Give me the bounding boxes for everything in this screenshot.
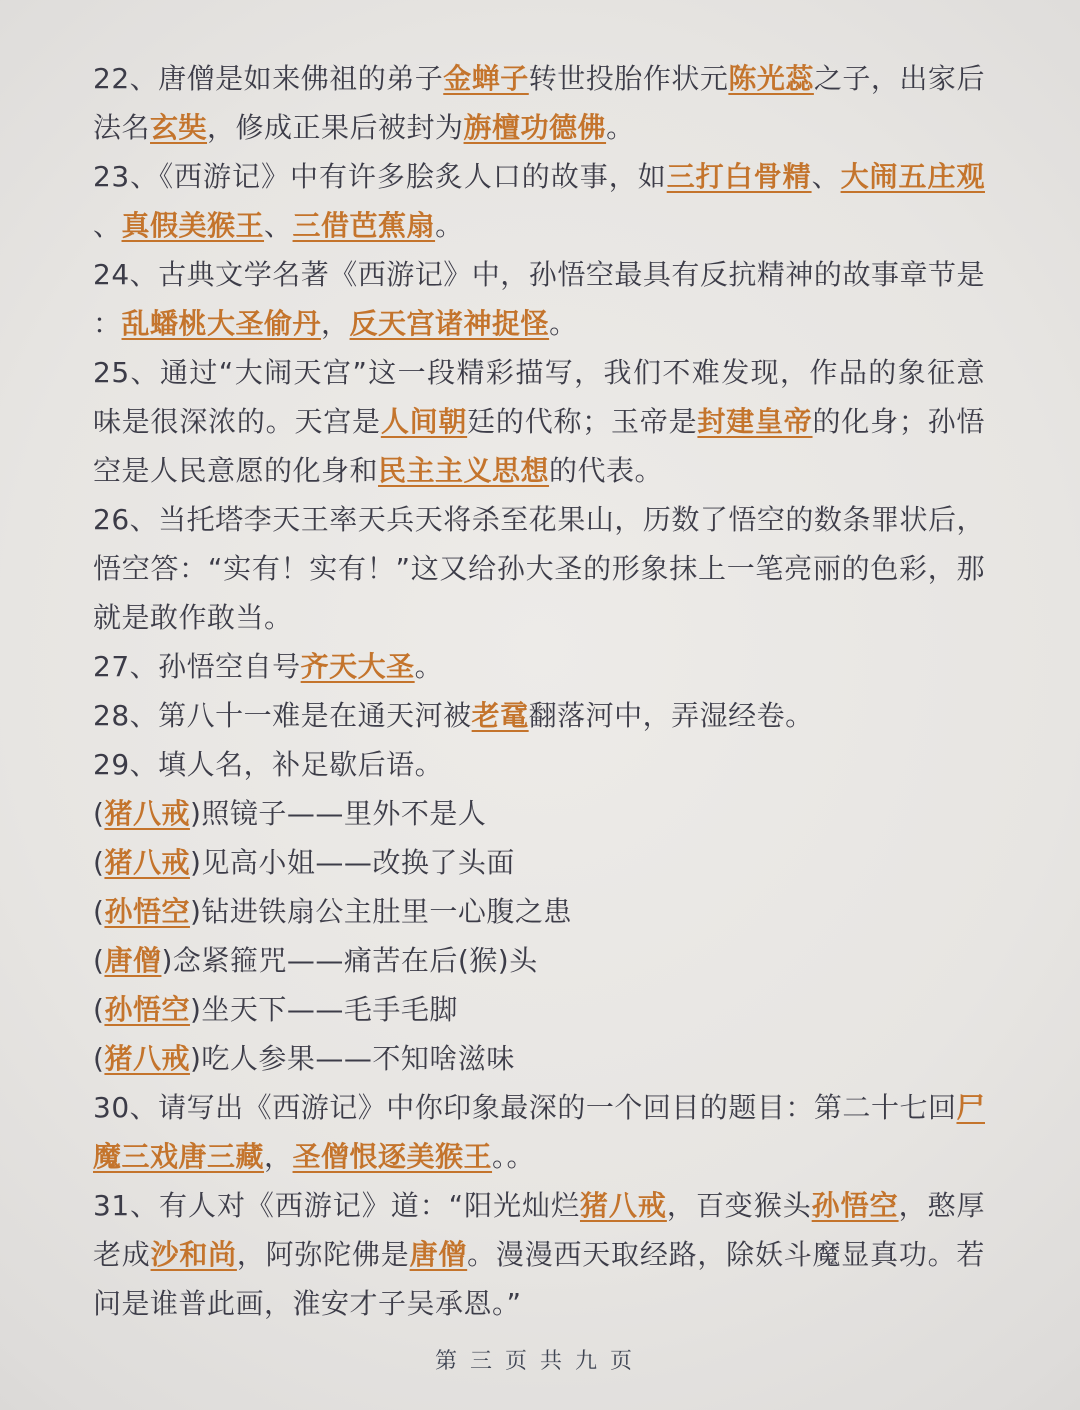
question-text: 翻落河中，弄湿经卷。	[529, 699, 814, 732]
question-paragraph: 24、古典文学名著《西游记》中，孙悟空最具有反抗精神的故事章节是：乱蟠桃大圣偷丹…	[93, 250, 985, 348]
answer-highlight: 金蝉子	[443, 62, 529, 95]
question-text: 。	[435, 209, 464, 242]
question-paragraph: (孙悟空)坐天下——毛手毛脚	[93, 985, 985, 1034]
question-paragraph: 29、填人名，补足歇后语。	[93, 740, 985, 789]
answer-highlight: 猪八戒	[104, 1042, 190, 1075]
question-paragraph: 22、唐僧是如来佛祖的弟子金蝉子转世投胎作状元陈光蕊之子，出家后法名玄奘，修成正…	[93, 54, 985, 152]
question-paragraph: 26、当托塔李天王率天兵天将杀至花果山，历数了悟空的数条罪状后，悟空答：“实有！…	[93, 495, 985, 642]
answer-highlight: 封建皇帝	[697, 405, 812, 438]
answer-highlight: 圣僧恨逐美猴王	[293, 1140, 493, 1173]
question-text: ，	[264, 1140, 293, 1173]
answer-highlight: 反天宫诸神捉怪	[350, 307, 550, 340]
question-text: 29、填人名，补足歇后语。	[93, 748, 443, 781]
question-text: 。	[606, 111, 635, 144]
answer-highlight: 孙悟空	[812, 1189, 899, 1222]
question-text: ，	[321, 307, 350, 340]
answer-highlight: 老鼋	[472, 699, 529, 732]
question-text: )坐天下——毛手毛脚	[190, 993, 458, 1026]
question-paragraph: 30、请写出《西游记》中你印象最深的一个回目的题目：第二十七回尸魔三戏唐三藏，圣…	[93, 1083, 985, 1181]
answer-highlight: 唐僧	[104, 944, 161, 977]
question-text: )照镜子——里外不是人	[190, 797, 486, 830]
page-number: 第三页共九页	[0, 1344, 1080, 1375]
question-paragraph: 28、第八十一难是在通天河被老鼋翻落河中，弄湿经卷。	[93, 691, 985, 740]
question-text: 。。	[492, 1140, 535, 1173]
answer-highlight: 猪八戒	[580, 1189, 667, 1222]
question-list: 22、唐僧是如来佛祖的弟子金蝉子转世投胎作状元陈光蕊之子，出家后法名玄奘，修成正…	[93, 54, 985, 1328]
answer-highlight: 孙悟空	[104, 895, 190, 928]
question-text: )见高小姐——改换了头面	[190, 846, 515, 879]
question-text: 、	[264, 209, 293, 242]
question-text: 28、第八十一难是在通天河被	[93, 699, 472, 732]
answer-highlight: 三借芭蕉扇	[293, 209, 436, 242]
question-text: )吃人参果——不知啥滋味	[190, 1042, 515, 1075]
question-text: (	[93, 944, 104, 977]
question-text: 廷的代称；玉帝是	[467, 405, 697, 438]
answer-highlight: 民主主义思想	[378, 454, 549, 487]
answer-highlight: 沙和尚	[151, 1238, 237, 1271]
question-text: ，阿弥陀佛是	[237, 1238, 410, 1271]
question-text: ，修成正果后被封为	[207, 111, 464, 144]
question-text: (	[93, 1042, 104, 1075]
question-text: 22、唐僧是如来佛祖的弟子	[93, 62, 443, 95]
question-paragraph: 25、通过“大闹天宫”这一段精彩描写，我们不难发现，作品的象征意味是很深浓的。天…	[93, 348, 985, 495]
answer-highlight: 唐僧	[410, 1238, 468, 1271]
answer-highlight: 真假美猴王	[122, 209, 265, 242]
question-text: 27、孙悟空自号	[93, 650, 301, 683]
question-text: )钻进铁扇公主肚里一心腹之患	[190, 895, 572, 928]
answer-highlight: 猪八戒	[104, 797, 190, 830]
question-text: 转世投胎作状元	[529, 62, 729, 95]
question-paragraph: 27、孙悟空自号齐天大圣。	[93, 642, 985, 691]
question-text: 26、当托塔李天王率天兵天将杀至花果山，历数了悟空的数条罪状后，悟空答：“实有！…	[93, 503, 985, 634]
question-text: 的代表。	[549, 454, 663, 487]
question-text: 、	[812, 160, 841, 193]
answer-highlight: 玄奘	[150, 111, 207, 144]
answer-highlight: 孙悟空	[104, 993, 190, 1026]
question-paragraph: (猪八戒)吃人参果——不知啥滋味	[93, 1034, 985, 1083]
question-text: ，百变猴头	[667, 1189, 812, 1222]
question-paragraph: (孙悟空)钻进铁扇公主肚里一心腹之患	[93, 887, 985, 936]
question-text: 。	[549, 307, 578, 340]
answer-highlight: 大闹五庄观	[841, 160, 985, 193]
answer-highlight: 齐天大圣	[301, 650, 415, 683]
question-text: (	[93, 797, 104, 830]
question-text: )念紧箍咒——痛苦在后(猴)头	[161, 944, 537, 977]
question-text: 31、有人对《西游记》道：“阳光灿烂	[93, 1189, 580, 1222]
answer-highlight: 旃檀功德佛	[464, 111, 607, 144]
answer-highlight: 人间朝	[381, 405, 467, 438]
answer-highlight: 乱蟠桃大圣偷丹	[122, 307, 322, 340]
question-paragraph: 31、有人对《西游记》道：“阳光灿烂猪八戒，百变猴头孙悟空，憨厚老成沙和尚，阿弥…	[93, 1181, 985, 1328]
question-paragraph: (猪八戒)见高小姐——改换了头面	[93, 838, 985, 887]
question-paragraph: 23、《西游记》中有许多脍炙人口的故事，如三打白骨精、大闹五庄观、真假美猴王、三…	[93, 152, 985, 250]
question-text: 。	[415, 650, 444, 683]
answer-highlight: 猪八戒	[104, 846, 190, 879]
question-text: (	[93, 895, 104, 928]
answer-highlight: 三打白骨精	[667, 160, 812, 193]
question-text: (	[93, 846, 104, 879]
question-text: 30、请写出《西游记》中你印象最深的一个回目的题目：第二十七回	[93, 1091, 956, 1124]
question-text: 23、《西游记》中有许多脍炙人口的故事，如	[93, 160, 667, 193]
question-paragraph: (唐僧)念紧箍咒——痛苦在后(猴)头	[93, 936, 985, 985]
question-text: (	[93, 993, 104, 1026]
question-text: 、	[93, 209, 122, 242]
answer-highlight: 陈光蕊	[728, 62, 814, 95]
question-paragraph: (猪八戒)照镜子——里外不是人	[93, 789, 985, 838]
